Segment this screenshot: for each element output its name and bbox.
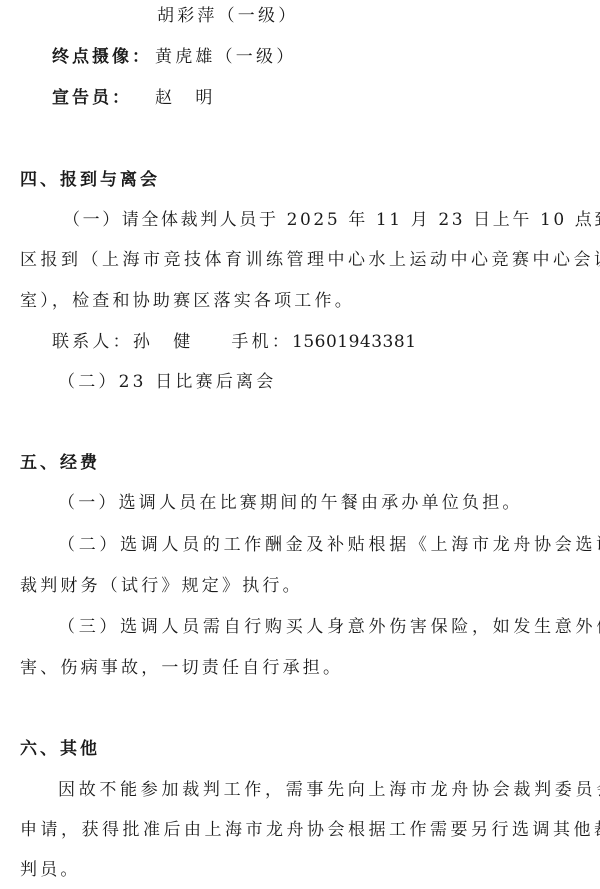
section-5-item-3-line-2: 害、伤病事故，一切责任自行承担。 (20, 656, 343, 680)
phone-label: 手机： (231, 332, 292, 352)
section-4-title: 四、报到与离会 (20, 168, 160, 192)
section-4-item-1-line-2: 区报到（上海市竞技体育训练管理中心水上运动中心竞赛中心会议 (20, 248, 600, 272)
phone-number: 15601943381 (292, 332, 416, 352)
contact-line: 联系人：孙 健手机：15601943381 (52, 330, 417, 354)
finish-camera-label: 终点摄像： (52, 45, 152, 69)
section-4-item-1-line-1: （一）请全体裁判人员于 2025 年 11 月 23 日上午 10 点到达赛 (63, 208, 600, 232)
section-6-body-line-3: 判员。 (20, 858, 81, 882)
section-5-item-2-line-1: （二）选调人员的工作酬金及补贴根据《上海市龙舟协会选调 (58, 533, 600, 557)
staff-name-continuation: 胡彩萍（一级） (157, 4, 298, 28)
contact-name: 孙 健 (133, 332, 194, 352)
section-4-item-2: （二）23 日比赛后离会 (58, 370, 276, 394)
finish-camera-value: 黄虎雄（一级） (155, 45, 296, 69)
section-6-body-line-1: 因故不能参加裁判工作，需事先向上海市龙舟协会裁判委员会 (58, 778, 600, 802)
contact-label: 联系人： (52, 332, 133, 352)
section-5-title: 五、经费 (20, 451, 100, 475)
section-4-item-1-line-3: 室），检查和协助赛区落实各项工作。 (20, 289, 355, 313)
section-5-item-1: （一）选调人员在比赛期间的午餐由承办单位负担。 (58, 491, 523, 515)
section-6-body-line-2: 申请，获得批准后由上海市龙舟协会根据工作需要另行选调其他裁 (20, 818, 600, 842)
section-5-item-2-line-2: 裁判财务（试行》规定》执行。 (20, 574, 303, 598)
announcer-label: 宣告员： (52, 86, 132, 110)
section-6-title: 六、其他 (20, 737, 100, 761)
announcer-value: 赵 明 (155, 86, 216, 110)
section-5-item-3-line-1: （三）选调人员需自行购买人身意外伤害保险，如发生意外伤 (58, 615, 600, 639)
